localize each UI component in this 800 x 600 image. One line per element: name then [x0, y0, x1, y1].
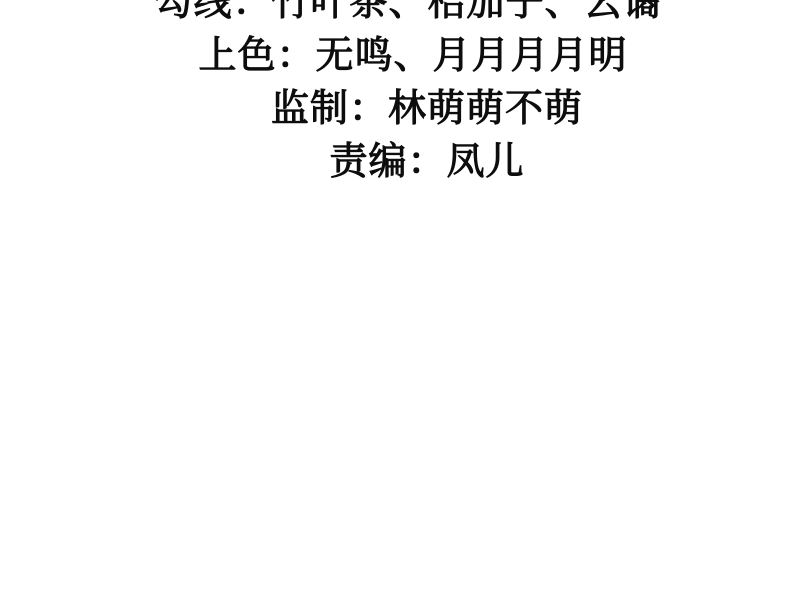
credits-page: 勾线：竹叶茶、桔加子、云谲 上色：无鸣、月月月月明 监制：林萌萌不萌 责编：凤儿: [0, 0, 800, 600]
credits-block: 勾线：竹叶茶、桔加子、云谲 上色：无鸣、月月月月明 监制：林萌萌不萌 责编：凤儿: [0, 0, 800, 188]
credit-line-coloring: 上色：无鸣、月月月月明: [13, 29, 800, 82]
credit-line-lineart: 勾线：竹叶茶、桔加子、云谲: [8, 0, 800, 29]
credit-line-editor: 责编：凤儿: [27, 135, 800, 188]
credit-line-supervisor: 监制：林萌萌不萌: [27, 82, 800, 135]
